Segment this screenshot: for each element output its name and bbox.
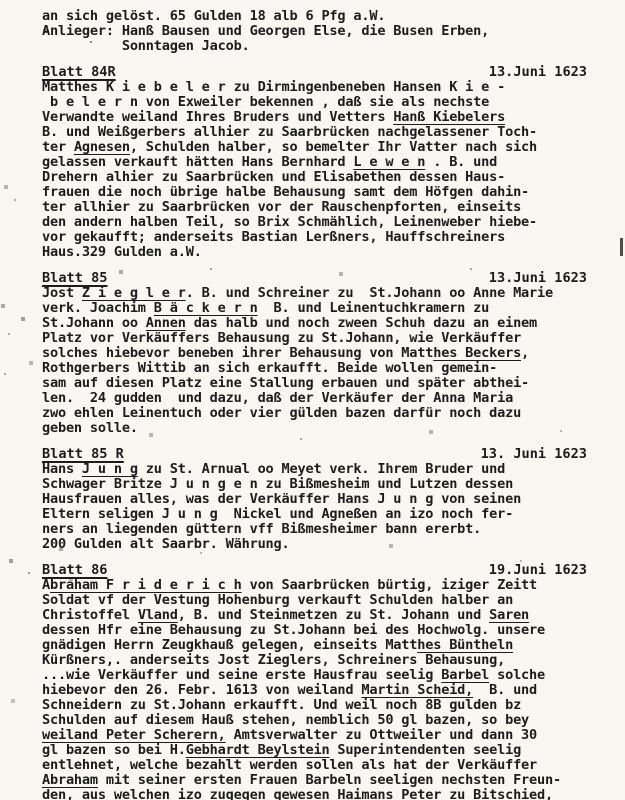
text-line: den, aus welchen izo zugegen gewesen Hai… [42,788,599,800]
text-segment: J u n g [82,461,138,477]
text-segment: B. und Weißgerbers allhier zu Saarbrücke… [42,124,537,140]
record-heading: Blatt 85 R [42,447,124,462]
record-heading: Blatt 86 [42,563,107,578]
text-segment: Schwager Britze J u n g e n zu Bißmeshei… [42,476,513,492]
text-line: B. und Weißgerbers allhier zu Saarbrücke… [42,125,599,140]
text-segment: Peter zu Bitschied, [393,787,553,800]
text-line: Platz vor Verkäuffers Behausung zu St.Jo… [42,331,599,346]
text-line: Jost Z i e g l e r. B. und Schreiner zu … [42,286,599,301]
text-line: solches hiebevor beneben ihrer Behausung… [42,346,599,361]
text-segment: Jost [42,285,82,301]
text-segment: von Saarbrücken bürtig, iziger Zeitt [242,577,537,593]
text-line: b e l e r n von Exweiler bekennen , daß … [42,95,599,110]
text-line: weiland Peter Scherern, Amtsverwalter zu… [42,728,599,743]
text-segment: den andern halben Teil, so Brix Schmähli… [42,214,537,230]
text-segment: solche [489,667,545,683]
text-line: Rothgerbers Wittib an sich erkaufft. Bei… [42,361,599,376]
text-segment: vor gekaufft; anderseits Bastian Lerßner… [42,229,505,245]
text-line: Christoffel Vland, B. und Steinmetzen zu… [42,608,599,623]
text-segment: Hanß Kiebelers [393,109,505,125]
preamble-paragraph: an sich gelöst. 65 Gulden 18 alb 6 Pfg a… [42,9,599,54]
text-segment: gl bazen so bei H. [42,742,186,758]
text-segment: Gebhardt Beylstein [186,742,330,758]
text-segment: ...wie Verkäuffer und seine erste Hausfr… [42,667,441,683]
text-line: ners an liegenden güttern vff Bißmesheim… [42,522,599,537]
text-segment: geben solle. [42,420,138,436]
text-segment: B. und [473,682,537,698]
text-segment: dessen Hfr eine Behausung zu St.Johann b… [42,622,545,638]
text-segment: weiland Peter Scherern, [42,727,226,743]
text-segment: den, aus welchen izo zugegen gewesen [42,787,337,800]
text-line: Matthes K i e b e l e r zu Dirmingenbene… [42,80,599,95]
text-segment: ter [42,139,74,155]
text-line: ter allhier zu Saarbrücken vor der Rausc… [42,200,599,215]
text-segment: Schneidern zu St.Johann erkaufft. Und we… [42,697,521,713]
text-line: 200 Gulden alt Saarbr. Währung. [42,537,599,552]
text-segment: Annen [146,315,186,331]
text-segment: b e l e r n von Exweiler bekennen , daß … [42,94,489,110]
text-line: len. 24 gudden und dazu, daß der Verkäuf… [42,391,599,406]
text-segment: Matthes K i e b e l e r zu Dirmingenbene… [42,79,505,95]
text-segment: Kürßners,. anderseits Jost Zieglers, Sch… [42,652,505,668]
text-segment: ter allhier zu Saarbrücken vor der Rausc… [42,199,521,215]
text-segment: Martin Scheid, [361,682,473,698]
text-segment: 200 Gulden alt Saarbr. Währung. [42,536,290,552]
text-line: St.Johann oo Annen das halb und noch zwe… [42,316,599,331]
text-line: entlehnet, welche bezahlt werden sollen … [42,758,599,773]
text-segment: Hans [42,461,82,477]
text-line: ter Agnesen, Schulden halber, so bemelte… [42,140,599,155]
text-line: Hans J u n g zu St. Arnual oo Meyet verk… [42,462,599,477]
text-line: dessen Hfr eine Behausung zu St.Johann b… [42,623,599,638]
records-container: Blatt 84R13.Juni 1623Matthes K i e b e l… [42,65,599,800]
text-line: hiebevor den 26. Febr. 1613 von weiland … [42,683,599,698]
record-blatt-85-r: Blatt 85 R13. Juni 1623Hans J u n g zu S… [42,447,599,552]
text-line: Schneidern zu St.Johann erkaufft. Und we… [42,698,599,713]
record-heading-row: Blatt 8619.Juni 1623 [42,563,599,578]
text-segment: St.Johann oo [42,315,146,331]
text-line: Soldat vf der Vestung Hohenburg verkauft… [42,593,599,608]
text-segment: das halb und noch zween Schuh dazu an ei… [186,315,537,331]
text-segment: A [42,577,50,593]
document-page: an sich gelöst. 65 Gulden 18 alb 6 Pfg a… [0,0,625,800]
text-segment: Agnesen [74,139,130,155]
text-line: Anlieger: Hanß Bausen und Georgen Else, … [42,24,599,39]
text-segment: . B. und [425,154,497,170]
record-heading-row: Blatt 8513.Juni 1623 [42,271,599,286]
text-line: Abraham F r i d e r i c h von Saarbrücke… [42,578,599,593]
record-blatt-85: Blatt 8513.Juni 1623Jost Z i e g l e r. … [42,271,599,436]
text-segment: Saren [489,607,529,623]
record-date: 19.Juni 1623 [489,563,587,578]
text-line: verk. Joachim B ä c k e r n B. und Leine… [42,301,599,316]
text-segment: Platz vor Verkäuffers Behausung zu St.Jo… [42,330,521,346]
text-segment: zu St. Arnual oo Meyet verk. Ihrem Brude… [138,461,505,477]
text-line: Sonntagen Jacob. [42,39,599,54]
text-line: an sich gelöst. 65 Gulden 18 alb 6 Pfg a… [42,9,599,24]
text-line: Schwager Britze J u n g e n zu Bißmeshei… [42,477,599,492]
text-segment: solches hiebevor beneben ihrer Behausung… [42,345,433,361]
text-segment: Verwandte weiland Ihres Bruders und Vett… [42,109,393,125]
text-segment: hes Beckers [433,345,521,361]
text-segment: , Schulden halber, so bemelter Ihr Vatte… [130,139,537,155]
text-line: Hausfrauen alles, was der Verkäuffer Han… [42,492,599,507]
text-segment: hiebevor den 26. Febr. 1613 von weiland [42,682,361,698]
text-line: frauen die noch übrige halbe Behausung s… [42,185,599,200]
text-segment: Z i e g l e r [82,285,186,301]
text-segment: Schulden auf diesem Hauß stehen, nemblic… [42,712,529,728]
text-line: den andern halben Teil, so Brix Schmähli… [42,215,599,230]
record-blatt-84r: Blatt 84R13.Juni 1623Matthes K i e b e l… [42,65,599,260]
text-segment: Amtsverwalter zu Ottweiler und dann 30 [226,727,537,743]
record-heading-row: Blatt 85 R13. Juni 1623 [42,447,599,462]
text-line: Eltern seligen J u n g Nickel und Agneße… [42,507,599,522]
record-heading-row: Blatt 84R13.Juni 1623 [42,65,599,80]
text-segment: Abraham [42,772,98,788]
text-segment: mit seiner ersten Frauen Barbeln seelige… [98,772,561,788]
text-line: Haus.329 Gulden a.W. [42,245,599,260]
text-segment: entlehnet, welche bezahlt werden sollen … [42,757,537,773]
text-segment: B. und Leinentuchkramern zu [258,300,490,316]
text-segment: zwo ehlen Leinentuch oder vier gülden ba… [42,405,521,421]
record-heading: Blatt 85 [42,271,107,286]
text-segment: gnädigen Herrn Zeugkhauß gelegen, einsei… [42,637,417,653]
text-segment: Vland [138,607,178,623]
text-segment: hes Büntheln [417,637,513,653]
text-segment: Superintendenten seelig [329,742,521,758]
text-segment: Sonntagen Jacob. [42,38,250,54]
text-segment: len. 24 gudden und dazu, daß der Verkäuf… [42,390,513,406]
record-date: 13.Juni 1623 [489,271,587,286]
text-segment: , [521,345,529,361]
text-line: Verwandte weiland Ihres Bruders und Vett… [42,110,599,125]
text-segment: , B. und Steinmetzen zu St. Johann und [178,607,489,623]
text-segment: Rothgerbers Wittib an sich erkaufft. Bei… [42,360,497,376]
text-segment: Christoffel [42,607,138,623]
text-segment: gelassen verkauft hätten Hans Bernhard [42,154,353,170]
text-segment: braham F r i d e r i c h [50,577,242,593]
text-segment: ners an liegenden güttern vff Bißmesheim… [42,521,481,537]
text-segment: . B. und Schreiner zu St.Johann oo Anne … [186,285,553,301]
record-date: 13.Juni 1623 [489,65,587,80]
record-date: 13. Juni 1623 [481,447,587,462]
text-line: zwo ehlen Leinentuch oder vier gülden ba… [42,406,599,421]
text-line: gelassen verkauft hätten Hans Bernhard L… [42,155,599,170]
record-blatt-86: Blatt 8619.Juni 1623Abraham F r i d e r … [42,563,599,800]
text-segment: Haimans [337,787,393,800]
text-segment: Hausfrauen alles, was der Verkäuffer Han… [42,491,521,507]
text-segment: Drehern alhier zu Saarbrücken und Elisab… [42,169,505,185]
text-segment: L e w e n [353,154,425,170]
text-line: ...wie Verkäuffer und seine erste Hausfr… [42,668,599,683]
text-line: vor gekaufft; anderseits Bastian Lerßner… [42,230,599,245]
text-segment: Barbel [441,667,489,683]
text-line: sam auf diesen Platz eine Stallung erbau… [42,376,599,391]
text-line: Drehern alhier zu Saarbrücken und Elisab… [42,170,599,185]
text-line: Abraham mit seiner ersten Frauen Barbeln… [42,773,599,788]
text-line: Schulden auf diesem Hauß stehen, nemblic… [42,713,599,728]
text-segment: sam auf diesen Platz eine Stallung erbau… [42,375,529,391]
text-segment: Anlieger: Hanß Bausen und Georgen Else, … [42,23,489,39]
text-segment: Soldat vf der Vestung Hohenburg verkauft… [42,592,513,608]
text-line: geben solle. [42,421,599,436]
text-segment: verk. Joachim [42,300,154,316]
text-segment: Eltern seligen J u n g Nickel und Agneße… [42,506,513,522]
text-segment: frauen die noch übrige halbe Behausung s… [42,184,529,200]
text-line: gl bazen so bei H.Gebhardt Beylstein Sup… [42,743,599,758]
text-segment: B ä c k e r n [154,300,258,316]
text-line: Kürßners,. anderseits Jost Zieglers, Sch… [42,653,599,668]
text-segment: Haus.329 Gulden a.W. [42,244,202,260]
record-heading: Blatt 84R [42,65,116,80]
text-line: gnädigen Herrn Zeugkhauß gelegen, einsei… [42,638,599,653]
text-segment: an sich gelöst. 65 Gulden 18 alb 6 Pfg a… [42,8,385,24]
